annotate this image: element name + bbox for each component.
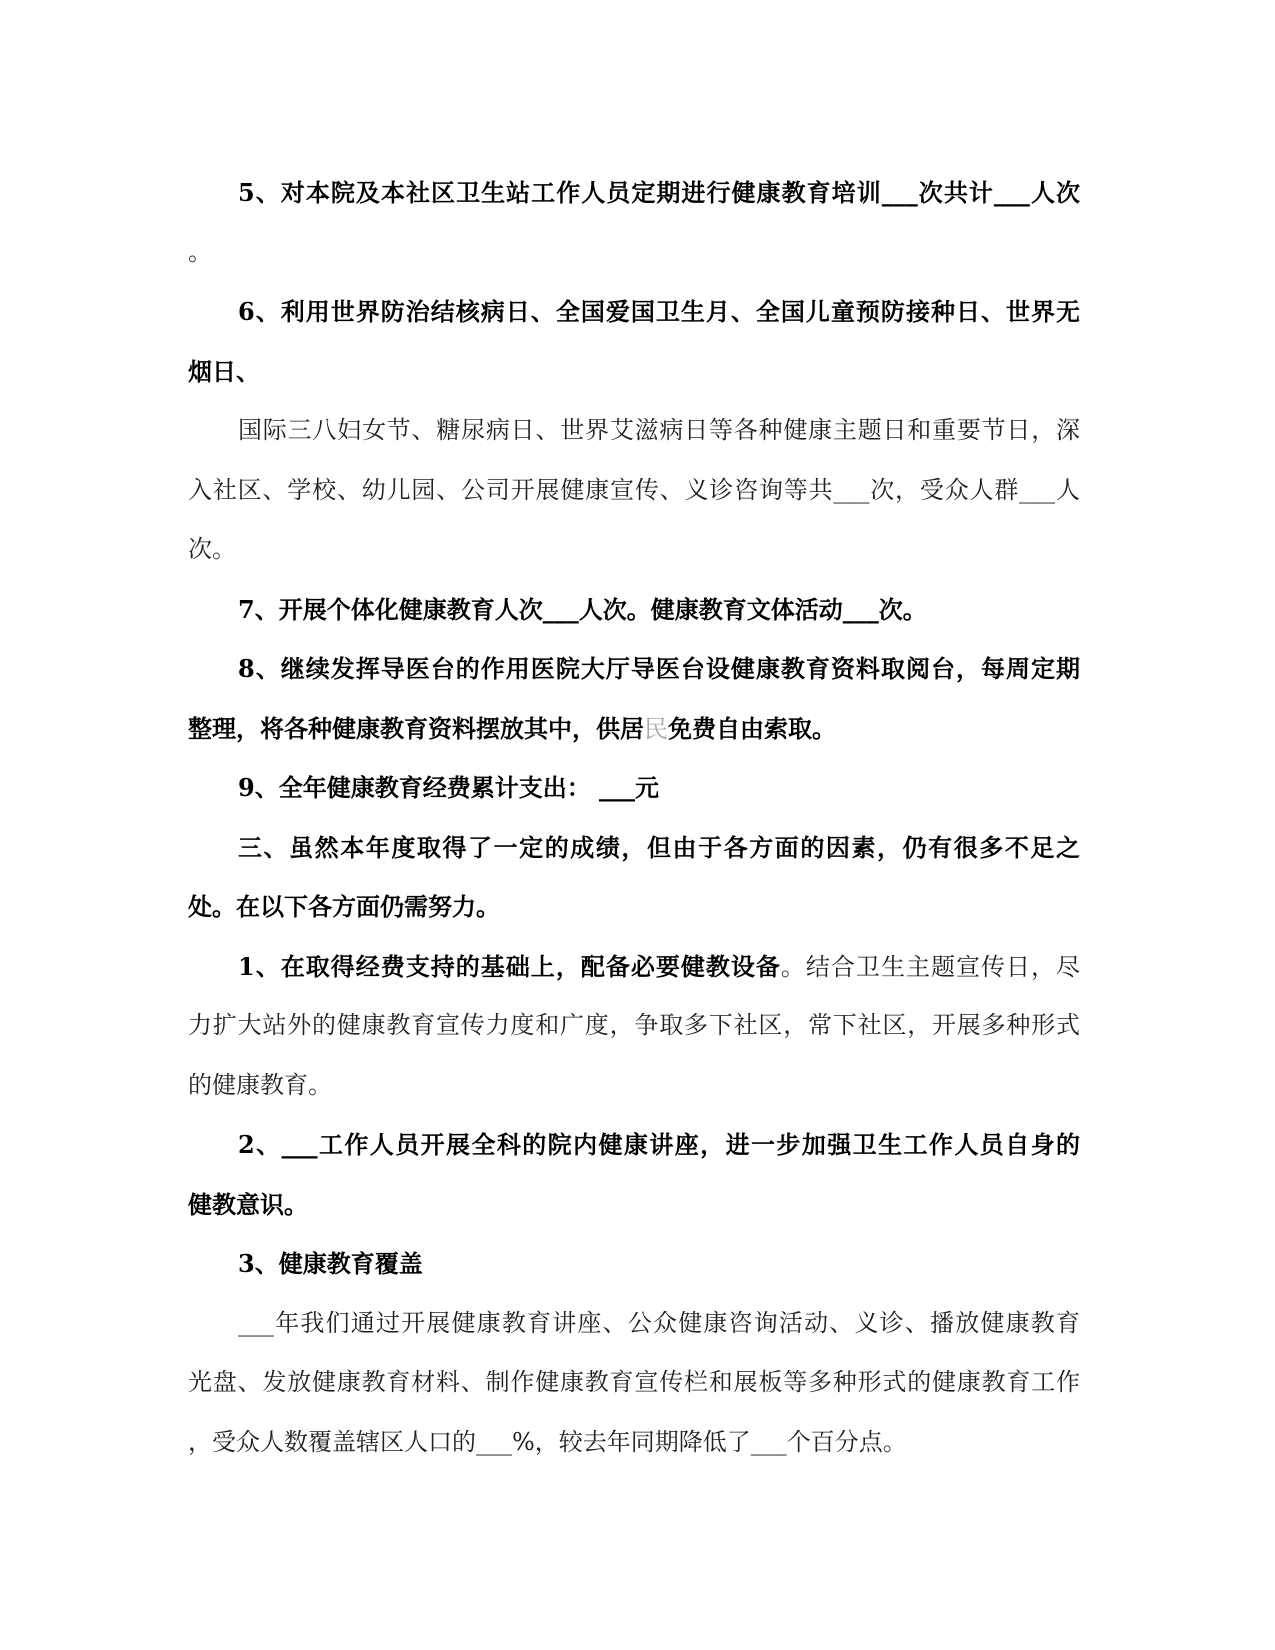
text-run: 2、___工作人员开展全科的院内健康讲座，进一步加强卫生工作人员自身的 bbox=[238, 1130, 1080, 1159]
text-run: 烟日、 bbox=[188, 357, 260, 386]
text-run: 1、在取得经费支持的基础上，配备必要健教设备 bbox=[238, 952, 781, 981]
text-run: 力扩大站外的健康教育宣传力度和广度，争取多下社区，常下社区，开展多种形式 bbox=[188, 1011, 1080, 1039]
text-line: 力扩大站外的健康教育宣传力度和广度，争取多下社区，常下社区，开展多种形式 bbox=[188, 996, 1080, 1056]
text-run: ，受众人数覆盖辖区人口的___%，较去年同期降低了___个百分点。 bbox=[188, 1428, 907, 1456]
text-line: 光盘、发放健康教育材料、制作健康教育宣传栏和展板等多种形式的健康教育工作 bbox=[188, 1353, 1080, 1413]
text-run: 民 bbox=[644, 715, 668, 743]
text-run: 国际三八妇女节、糖尿病日、世界艾滋病日等各种健康主题日和重要节日，深 bbox=[238, 416, 1080, 444]
text-line: 3、健康教育覆盖 bbox=[188, 1234, 1080, 1294]
text-line: 三、虽然本年度取得了一定的成绩，但由于各方面的因素，仍有很多不足之 bbox=[188, 818, 1080, 878]
text-line: 的健康教育。 bbox=[188, 1056, 1080, 1116]
text-line: ，受众人数覆盖辖区人口的___%，较去年同期降低了___个百分点。 bbox=[188, 1413, 1080, 1473]
text-run: ___年我们通过开展健康教育讲座、公众健康咨询活动、义诊、播放健康教育 bbox=[238, 1309, 1080, 1337]
text-line: 国际三八妇女节、糖尿病日、世界艾滋病日等各种健康主题日和重要节日，深 bbox=[188, 401, 1080, 461]
text-run: 三、虽然本年度取得了一定的成绩，但由于各方面的因素，仍有很多不足之 bbox=[238, 833, 1080, 862]
text-run: 处。在以下各方面仍需努力。 bbox=[188, 892, 500, 921]
text-run: 整理，将各种健康教育资料摆放其中，供居 bbox=[188, 714, 644, 743]
text-line: 整理，将各种健康教育资料摆放其中，供居民免费自由索取。 bbox=[188, 699, 1080, 759]
text-run: 5、对本院及本社区卫生站工作人员定期进行健康教育培训___次共计___人次 bbox=[238, 178, 1080, 207]
text-line: 8、继续发挥导医台的作用医院大厅导医台设健康教育资料取阅台，每周定期 bbox=[188, 639, 1080, 699]
document-body: 5、对本院及本社区卫生站工作人员定期进行健康教育培训___次共计___人次。6、… bbox=[188, 163, 1080, 1472]
text-run: 9、全年健康教育经费累计支出： ___元 bbox=[238, 773, 659, 802]
text-line: 6、利用世界防治结核病日、全国爱国卫生月、全国儿童预防接种日、世界无 bbox=[188, 282, 1080, 342]
text-line: 5、对本院及本社区卫生站工作人员定期进行健康教育培训___次共计___人次 bbox=[188, 163, 1080, 223]
text-run: 入社区、学校、幼儿园、公司开展健康宣传、义诊咨询等共___次，受众人群___人 bbox=[188, 476, 1080, 504]
text-run: 7、开展个体化健康教育人次___人次。健康教育文体活动___次。 bbox=[238, 595, 927, 624]
text-line: 入社区、学校、幼儿园、公司开展健康宣传、义诊咨询等共___次，受众人群___人 bbox=[188, 461, 1080, 521]
text-run: 6、利用世界防治结核病日、全国爱国卫生月、全国儿童预防接种日、世界无 bbox=[238, 297, 1080, 326]
text-line: 处。在以下各方面仍需努力。 bbox=[188, 877, 1080, 937]
document-page: 5、对本院及本社区卫生站工作人员定期进行健康教育培训___次共计___人次。6、… bbox=[0, 0, 1275, 1650]
text-line: ___年我们通过开展健康教育讲座、公众健康咨询活动、义诊、播放健康教育 bbox=[188, 1294, 1080, 1354]
text-line: 1、在取得经费支持的基础上，配备必要健教设备。结合卫生主题宣传日，尽 bbox=[188, 937, 1080, 997]
text-line: 次。 bbox=[188, 520, 1080, 580]
text-line: 2、___工作人员开展全科的院内健康讲座，进一步加强卫生工作人员自身的 bbox=[188, 1115, 1080, 1175]
text-run: 3、健康教育覆盖 bbox=[238, 1249, 423, 1278]
text-run: 的健康教育。 bbox=[188, 1071, 332, 1099]
text-run: 。 bbox=[188, 238, 212, 266]
text-run: 8、继续发挥导医台的作用医院大厅导医台设健康教育资料取阅台，每周定期 bbox=[238, 654, 1080, 683]
text-line: 烟日、 bbox=[188, 342, 1080, 402]
text-run: 光盘、发放健康教育材料、制作健康教育宣传栏和展板等多种形式的健康教育工作 bbox=[188, 1368, 1080, 1396]
text-line: 。 bbox=[188, 223, 1080, 283]
text-run: 免费自由索取。 bbox=[668, 714, 836, 743]
text-run: 健教意识。 bbox=[188, 1190, 308, 1219]
text-line: 9、全年健康教育经费累计支出： ___元 bbox=[188, 758, 1080, 818]
text-run: 次。 bbox=[188, 535, 236, 563]
text-line: 健教意识。 bbox=[188, 1175, 1080, 1235]
text-run: 。结合卫生主题宣传日，尽 bbox=[781, 953, 1080, 981]
text-line: 7、开展个体化健康教育人次___人次。健康教育文体活动___次。 bbox=[188, 580, 1080, 640]
